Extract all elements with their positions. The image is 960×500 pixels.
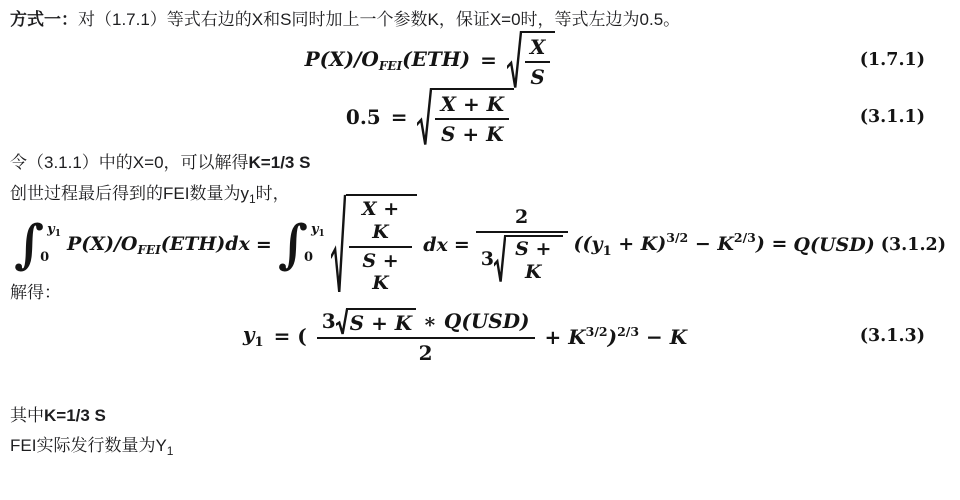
eq312-rhs: Q(USD) — [793, 234, 874, 257]
sqrt-radical-glyph — [417, 88, 432, 147]
eq171-lhs-main: P(X)/O — [305, 47, 379, 71]
eq312-term1-subscript: FEI — [137, 243, 160, 257]
sqrt-radical-glyph — [336, 308, 348, 335]
eq312-upper-limit-1-var: y — [47, 222, 55, 237]
eq311-numerator: X + K — [435, 92, 509, 118]
eq313-fraction-num: 3 S + K ∗ Q(USD) — [317, 308, 535, 337]
eq312-sqrt: X + K S + K — [331, 194, 417, 296]
genesis-tail: 时， — [256, 184, 290, 203]
sqrt-radical-glyph — [507, 31, 522, 90]
eq313-num-tail: ∗ Q(USD) — [416, 309, 529, 333]
eq312-tail: ((y1 + K)3/2 − K2/3) = — [574, 230, 788, 260]
eq312-fraction-2: 2 3 S + K — [476, 206, 568, 283]
eq313-exponent-2: 2/3 — [617, 324, 639, 339]
eq171-numerator: X — [525, 35, 551, 61]
solve-k-result: K=1/3 S — [249, 153, 311, 172]
method-intro-text: 对（1.7.1）等式右边的X和S同时加上一个参数K，保证X=0时，等式左边为0.… — [78, 10, 680, 29]
equation-1-7-1: P(X)/OFEI(ETH) = X S (1.7.1) — [0, 32, 960, 88]
eq311-sqrt: X + K S + K — [417, 88, 514, 147]
eq171-sqrt-body: X S — [522, 31, 556, 90]
eq171-lhs: P(X)/OFEI(ETH) — [305, 47, 470, 73]
eq312-exponent-2: 2/3 — [734, 230, 756, 245]
eq171-fraction: X S — [525, 35, 551, 89]
paragraph-solve: 解得： — [0, 282, 960, 303]
eq313-num-sqrt-body: S + K — [348, 308, 417, 335]
eq171-sqrt: X S — [507, 31, 556, 90]
eq313-tail: + K3/2)2/3 − K — [545, 324, 688, 349]
eq312-integral-1: ∫ y1 0 — [14, 220, 61, 270]
where-k-value: K=1/3 S — [44, 406, 106, 425]
equation-label-3-1-1: (3.1.1) — [860, 107, 925, 127]
equation-label-3-1-3: (3.1.3) — [860, 326, 925, 346]
sqrt-radical-glyph — [494, 235, 506, 284]
eq311-sqrt-body: X + K S + K — [432, 88, 514, 147]
eq312-sqrt-body: X + K S + K — [346, 194, 417, 296]
eq313-minus-k: − K — [639, 325, 687, 349]
eq313-lhs: y1 — [243, 322, 264, 351]
eq171-denominator: S — [525, 61, 551, 89]
eq312-integral-2: ∫ y1 0 — [278, 220, 325, 270]
eq313-num-sqrt: S + K — [336, 308, 417, 335]
eq312-fraction-2-den: 3 S + K — [476, 231, 568, 284]
eq312-term1-tail: (ETH)dx — [161, 233, 250, 255]
equation-3-1-2: ∫ y1 0 P(X)/OFEI(ETH)dx = ∫ y1 0 X + K S… — [0, 216, 960, 274]
equation-3-1-1-formula: 0.5 = X + K S + K — [346, 88, 514, 147]
paragraph-solve-k: 令（3.1.1）中的X=0，可以解得K=1/3 S — [0, 152, 960, 173]
solve-text: 解得： — [10, 283, 61, 302]
eq312-fraction-1-den: S + K — [349, 246, 412, 296]
eq312-tail-subscript: 1 — [603, 244, 612, 259]
paragraph-fei-issuance: FEI实际发行数量为Y1 — [0, 435, 960, 462]
equation-3-1-1: 0.5 = X + K S + K (3.1.1) — [0, 90, 960, 144]
eq312-upper-limit-1-sub: 1 — [55, 229, 61, 239]
eq313-mid: + K — [545, 325, 586, 349]
eq313-equals-open: = ( — [274, 324, 307, 348]
eq312-lower-limit-1: 0 — [40, 250, 57, 266]
paragraph-method-intro: 方式一：对（1.7.1）等式右边的X和S同时加上一个参数K，保证X=0时，等式左… — [0, 0, 960, 30]
eq312-upper-limit-1: y1 — [47, 222, 61, 240]
genesis-text: 创世过程最后得到的FEI数量为y — [10, 184, 249, 203]
eq313-fraction-den: 2 — [317, 337, 535, 365]
equation-label-3-1-2: (3.1.2) — [881, 235, 946, 255]
eq313-exponent-1: 3/2 — [586, 324, 608, 339]
sqrt-radical-glyph — [331, 194, 346, 296]
eq313-fraction: 3 S + K ∗ Q(USD) 2 — [317, 308, 535, 365]
eq311-lhs: 0.5 — [346, 105, 381, 129]
equation-3-1-3-formula: y1 = ( 3 S + K ∗ Q(USD) 2 + K3/2)2/3 − K — [243, 308, 687, 365]
eq171-equals: = — [480, 48, 497, 72]
eq312-integral-1-limits: y1 0 — [44, 220, 61, 270]
fei-issuance-text: FEI实际发行数量为Y — [10, 436, 167, 455]
eq313-lhs-var: y — [243, 322, 255, 346]
solve-k-text: 令（3.1.1）中的X=0，可以解得 — [10, 153, 249, 172]
paragraph-where-k: 其中K=1/3 S — [0, 405, 960, 426]
method-one-label: 方式一： — [10, 10, 78, 29]
eq171-lhs-tail: (ETH) — [402, 47, 470, 71]
equation-3-1-3: y1 = ( 3 S + K ∗ Q(USD) 2 + K3/2)2/3 − K… — [0, 305, 960, 367]
eq312-tail-mid: + K) — [612, 233, 667, 255]
eq312-term1-main: P(X)/O — [67, 233, 138, 255]
eq312-den-sqrt: S + K — [494, 235, 563, 284]
eq312-upper-limit-2-sub: 1 — [319, 229, 325, 239]
eq312-equals-1: = — [256, 234, 272, 257]
eq312-den-sqrt-body: S + K — [506, 235, 563, 284]
eq312-dx: dx — [423, 234, 448, 257]
eq312-den-coefficient: 3 — [481, 248, 494, 271]
eq312-integral-2-limits: y1 0 — [308, 220, 325, 270]
eq312-tail-minus: − K — [688, 233, 734, 255]
eq312-lower-limit-2: 0 — [304, 250, 321, 266]
eq311-equals: = — [391, 105, 408, 129]
eq312-fraction-1-num: X + K — [349, 198, 412, 246]
eq171-lhs-subscript: FEI — [379, 59, 402, 73]
eq312-upper-limit-2-var: y — [311, 222, 319, 237]
eq312-exponent-1: 3/2 — [666, 230, 688, 245]
eq312-equals-2: = — [454, 234, 470, 257]
fei-issuance-subscript: 1 — [167, 444, 174, 458]
eq313-num-coefficient: 3 — [322, 309, 336, 333]
document-page: 方式一：对（1.7.1）等式右边的X和S同时加上一个参数K，保证X=0时，等式左… — [0, 0, 960, 500]
eq312-fraction-1: X + K S + K — [349, 198, 412, 295]
eq311-fraction: X + K S + K — [435, 92, 509, 146]
eq313-close-paren: ) — [608, 325, 617, 349]
equation-1-7-1-formula: P(X)/OFEI(ETH) = X S — [305, 31, 556, 90]
eq312-fraction-2-num: 2 — [476, 206, 568, 231]
eq312-tail-open: ((y — [574, 233, 603, 255]
eq312-upper-limit-2: y1 — [311, 222, 325, 240]
eq311-denominator: S + K — [435, 118, 509, 146]
eq313-lhs-subscript: 1 — [255, 335, 264, 350]
where-k-text: 其中 — [10, 406, 44, 425]
equation-label-1-7-1: (1.7.1) — [860, 50, 925, 70]
eq312-term1: P(X)/OFEI(ETH)dx — [67, 233, 250, 257]
eq312-tail-close: ) = — [756, 233, 788, 255]
genesis-subscript: 1 — [249, 192, 256, 206]
